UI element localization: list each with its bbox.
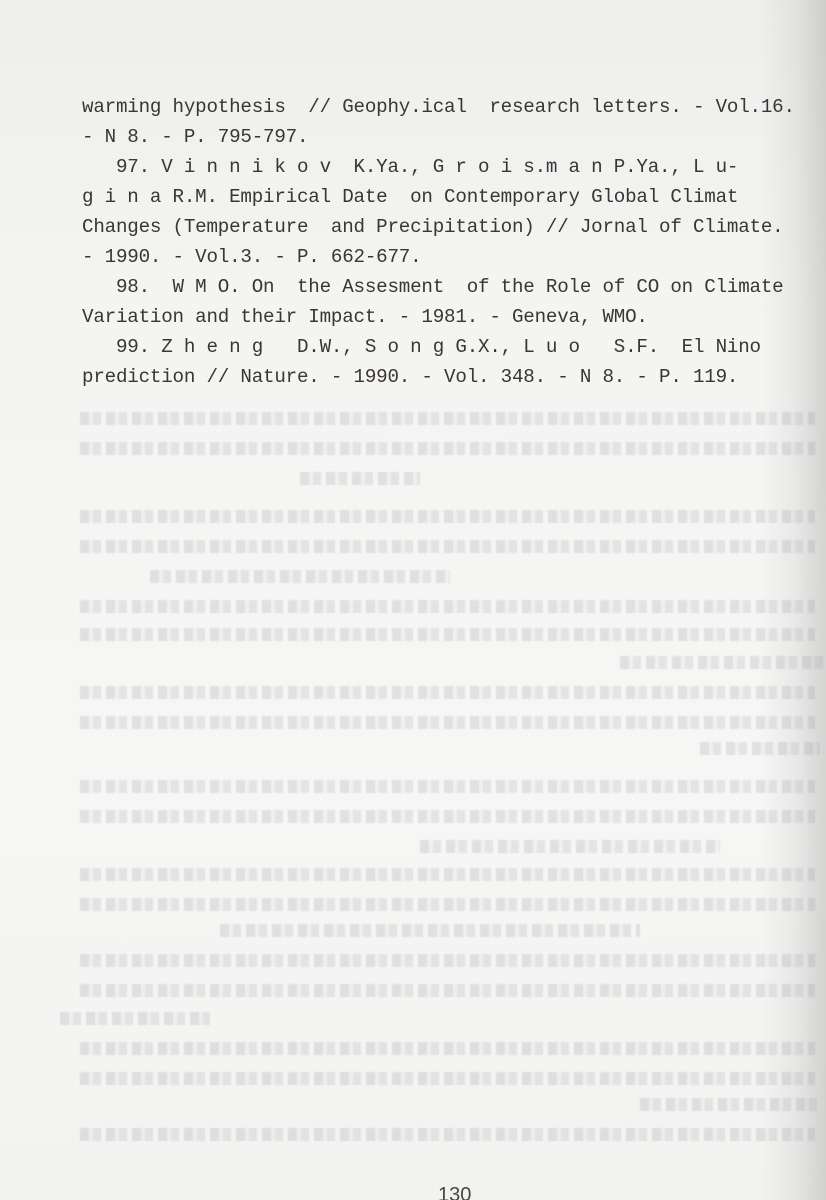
reference-98-line: Variation and their Impact. - 1981. - Ge… [82, 302, 822, 332]
show-through-text [80, 954, 815, 967]
show-through-text [80, 1072, 815, 1085]
scanned-page: warming hypothesis // Geophy.ical resear… [0, 0, 826, 1200]
show-through-text [80, 510, 815, 523]
show-through-text [60, 1012, 210, 1025]
reference-list: warming hypothesis // Geophy.ical resear… [82, 92, 822, 392]
show-through-text [300, 472, 420, 485]
show-through-text [80, 898, 815, 911]
show-through-text [80, 600, 815, 613]
show-through-text [80, 810, 815, 823]
show-through-text [80, 1128, 815, 1141]
show-through-text [420, 840, 720, 853]
show-through-text [80, 780, 815, 793]
show-through-text [640, 1098, 820, 1111]
reference-99-line: prediction // Nature. - 1990. - Vol. 348… [82, 362, 822, 392]
reference-97-line: 97. V i n n i k o v K.Ya., G r o i s.m a… [82, 152, 822, 182]
reference-98-line: 98. W M O. On the Assesment of the Role … [82, 272, 822, 302]
show-through-text [150, 570, 450, 583]
reference-97-line: g i n a R.M. Empirical Date on Contempor… [82, 182, 822, 212]
show-through-text [80, 1042, 815, 1055]
show-through-text [80, 716, 815, 729]
show-through-text [80, 540, 815, 553]
page-number: 130 [438, 1184, 471, 1200]
show-through-text [80, 412, 815, 425]
show-through-text [620, 656, 826, 669]
show-through-text [700, 742, 820, 755]
reference-99-line: 99. Z h e n g D.W., S o n g G.X., L u o … [82, 332, 822, 362]
show-through-text [80, 868, 815, 881]
reference-96-continuation-line: warming hypothesis // Geophy.ical resear… [82, 92, 822, 122]
show-through-text [80, 442, 815, 455]
show-through-text [80, 628, 815, 641]
show-through-text [220, 924, 640, 937]
reference-97-line: - 1990. - Vol.3. - P. 662-677. [82, 242, 822, 272]
reference-96-continuation-line: - N 8. - P. 795-797. [82, 122, 822, 152]
show-through-text [80, 686, 815, 699]
reference-97-line: Changes (Temperature and Precipitation) … [82, 212, 822, 242]
show-through-text [80, 984, 815, 997]
